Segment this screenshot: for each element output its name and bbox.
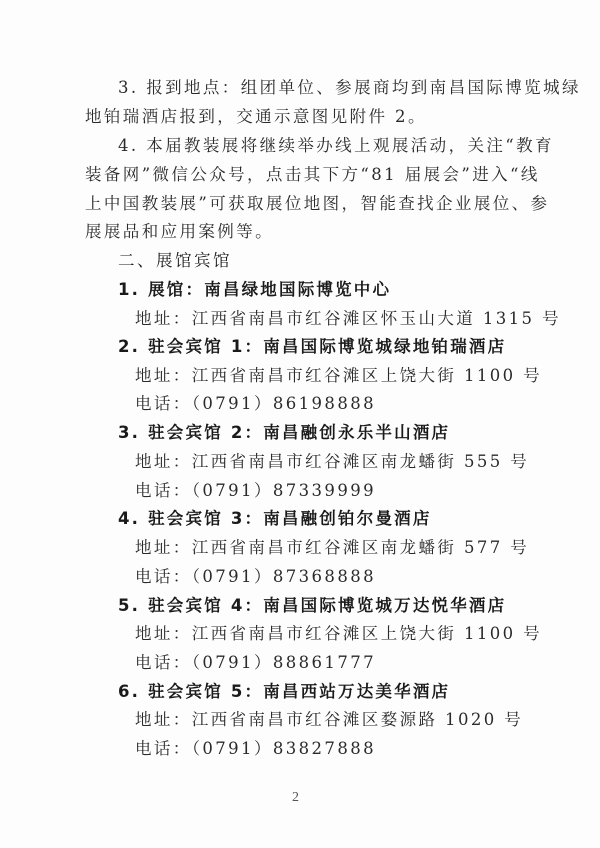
paragraph-4-line-2: 装备网”微信公众号，点击其下方“81 届展会”进入“线 bbox=[85, 165, 540, 185]
venue-6-title: 6. 驻会宾馆 5：南昌西站万达美华酒店 bbox=[118, 682, 450, 702]
venue-3-title: 3. 驻会宾馆 2：南昌融创永乐半山酒店 bbox=[118, 423, 450, 443]
venue-6-address: 地址：江西省南昌市红谷滩区婺源路 1020 号 bbox=[135, 710, 523, 730]
venue-3-phone: 电话：（0791）87339999 bbox=[135, 481, 376, 501]
venue-3-address: 地址：江西省南昌市红谷滩区南龙蟠街 555 号 bbox=[135, 452, 529, 472]
venue-2-phone: 电话：（0791）86198888 bbox=[135, 394, 376, 414]
page-number: 2 bbox=[292, 790, 299, 806]
document-page: 3. 报到地点：组团单位、参展商均到南昌国际博览城绿 地铂瑞酒店报到，交通示意图… bbox=[0, 0, 600, 848]
section-heading: 二、展馆宾馆 bbox=[118, 251, 232, 271]
venue-4-title: 4. 驻会宾馆 3：南昌融创铂尔曼酒店 bbox=[118, 509, 432, 529]
paragraph-4-line-1: 4. 本届教装展将继续举办线上观展活动，关注“教育 bbox=[118, 136, 554, 156]
paragraph-3-line-1: 3. 报到地点：组团单位、参展商均到南昌国际博览城绿 bbox=[118, 78, 581, 98]
paragraph-3-line-2: 地铂瑞酒店报到，交通示意图见附件 2。 bbox=[85, 107, 427, 127]
venue-2-address: 地址：江西省南昌市红谷滩区上饶大街 1100 号 bbox=[135, 366, 542, 386]
venue-1-title: 1. 展馆：南昌绿地国际博览中心 bbox=[118, 280, 391, 300]
venue-5-phone: 电话：（0791）88861777 bbox=[135, 653, 376, 673]
venue-1-address: 地址：江西省南昌市红谷滩区怀玉山大道 1315 号 bbox=[135, 309, 561, 329]
venue-4-phone: 电话：（0791）87368888 bbox=[135, 567, 376, 587]
venue-5-title: 5. 驻会宾馆 4：南昌国际博览城万达悦华酒店 bbox=[118, 596, 506, 616]
paragraph-4-line-4: 展展品和应用案例等。 bbox=[85, 222, 274, 242]
venue-4-address: 地址：江西省南昌市红谷滩区南龙蟠街 577 号 bbox=[135, 538, 529, 558]
paragraph-4-line-3: 上中国教装展”可获取展位地图，智能查找企业展位、参 bbox=[85, 194, 549, 214]
venue-6-phone: 电话：（0791）83827888 bbox=[135, 739, 376, 759]
venue-5-address: 地址：江西省南昌市红谷滩区上饶大街 1100 号 bbox=[135, 624, 542, 644]
venue-2-title: 2. 驻会宾馆 1：南昌国际博览城绿地铂瑞酒店 bbox=[118, 337, 506, 357]
